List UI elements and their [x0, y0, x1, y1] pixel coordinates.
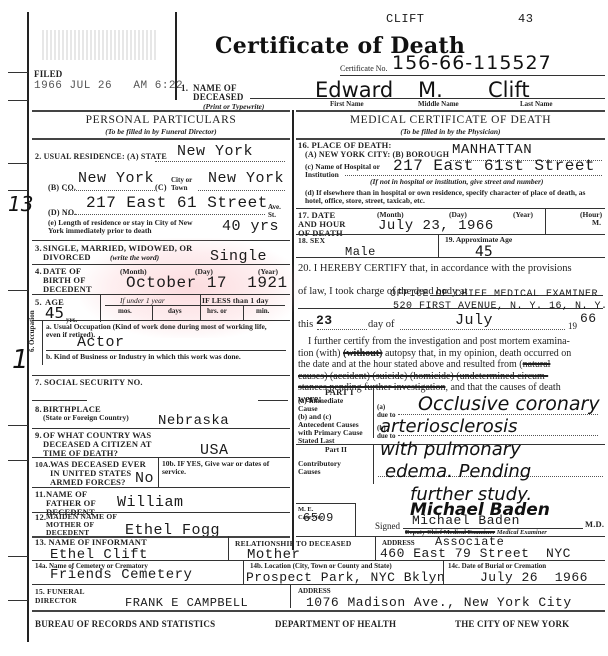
main-top-border-right	[296, 110, 605, 112]
business-label: b. Kind of Business or Industry in which…	[46, 353, 241, 361]
hospital-label: (c) Name of Hospital or Institution	[305, 163, 380, 179]
divider	[32, 294, 290, 295]
struck-without: (without)	[343, 348, 382, 359]
last-name: Clift	[488, 78, 530, 102]
length-value: 40 yrs	[222, 218, 279, 235]
divider	[152, 305, 153, 320]
struck-causes: causes) (accident) (suicide) (homicide) …	[298, 371, 605, 383]
hospital-value: 217 East 61st Street	[393, 157, 595, 175]
dob-num: 4.	[35, 267, 42, 276]
further-line-3: the date and at the hour stated above an…	[298, 359, 605, 371]
year-prefix: 19	[568, 320, 577, 333]
further-line-2: tion (with) (without) autopsy that, in m…	[298, 348, 605, 360]
further-line-1: I further certify from the investigation…	[298, 336, 605, 348]
death-certificate: 13 1 FILED 1966 JUL 26 AM 6:22 CLIFT 43 …	[0, 0, 608, 656]
margin-tick	[8, 460, 28, 461]
county-value: New York	[78, 170, 154, 187]
funeral-label: 15. FUNERAL DIRECTOR	[35, 587, 90, 605]
margin-tick	[8, 163, 28, 164]
struck-pending: stances pending further investigation	[298, 382, 445, 393]
main-top-border	[32, 110, 290, 112]
year-suffix: 66	[580, 311, 597, 326]
divider	[105, 305, 285, 306]
dod-value: July 23, 1966	[378, 218, 494, 234]
funeral-address-label: ADDRESS	[298, 587, 331, 595]
elsewhere-label: (d) If elsewhere than in hospital or own…	[305, 189, 603, 205]
part2-label: Part II	[325, 446, 347, 454]
cause-line-2: arteriosclerosis	[380, 416, 518, 437]
header-divider	[175, 12, 177, 100]
middle-name-label: Middle Name	[418, 100, 459, 108]
age-num: 5.	[35, 298, 42, 307]
page-number: 43	[518, 12, 533, 26]
ssn-label: 7. SOCIAL SECURITY NO.	[35, 378, 143, 387]
margin-tick	[8, 600, 28, 601]
day-of-label: day of	[368, 318, 395, 331]
footer-right: THE CITY OF NEW YORK	[455, 620, 569, 629]
less-day-label: IF LESS than 1 day	[202, 296, 269, 305]
antecedent-label: (b) and (c) Antecedent Causes with Prima…	[298, 413, 368, 445]
citizen-label: OF WHAT COUNTRY WAS DECEASED A CITIZEN A…	[43, 431, 168, 458]
informant-label: 13. NAME OF INFORMANT	[35, 538, 147, 547]
divider	[42, 320, 43, 365]
me-case-value: 6509	[303, 511, 334, 525]
father-value: William	[117, 494, 184, 511]
street-line	[65, 214, 265, 215]
min-label: min.	[256, 307, 269, 315]
cause-line-3: with pulmonary	[380, 439, 521, 460]
divider	[32, 584, 605, 585]
personal-heading: PERSONAL PARTICULARS	[32, 114, 290, 126]
father-num: 11.	[35, 490, 46, 499]
citizen-num: 9.	[35, 431, 42, 440]
divider	[32, 560, 605, 561]
divider	[373, 444, 374, 484]
signed-name: Michael Baden	[412, 513, 520, 528]
body-location-1: OFFICE OF CHIEF MEDICAL EXAMINER	[390, 289, 598, 300]
personal-subheading: (To be filled in by Funeral Director)	[32, 127, 290, 136]
this-label: this	[298, 318, 313, 331]
certificate-no: 156-66-115527	[392, 52, 552, 74]
margin-tick	[8, 425, 28, 426]
cause-line-4: edema. Pending	[385, 461, 531, 482]
margin-annotation: 13	[8, 192, 33, 216]
divider	[296, 208, 605, 209]
divider	[355, 503, 356, 536]
medical-heading: MEDICAL CERTIFICATE OF DEATH	[296, 114, 605, 126]
divider	[200, 294, 201, 320]
divider	[373, 388, 374, 438]
county-line	[65, 190, 155, 191]
cemetery-value: Friends Cemetery	[50, 567, 192, 583]
divider	[545, 208, 546, 234]
hospital-line	[345, 175, 602, 176]
struck-natural: natural	[523, 359, 551, 370]
divider	[32, 487, 290, 488]
filed-stamp: 1966 JUL 26 AM 6:22	[34, 80, 183, 92]
day-value: 23	[316, 313, 333, 328]
war-label: 10b. IF YES, Give war or dates of servic…	[162, 460, 287, 476]
hrs-label: hrs. or	[207, 307, 227, 315]
armed-num: 10a.	[35, 460, 51, 469]
burial-date-label: 14c. Date of Burial or Cremation	[448, 562, 546, 570]
location-value: Prospect Park, NYC Bklyn	[246, 570, 445, 585]
cause-line-1: Occlusive coronary	[418, 393, 600, 415]
sex-label: 18. SEX	[298, 236, 325, 245]
body-location-2: 520 FIRST AVENUE, N. Y. 16, N. Y.	[393, 301, 608, 312]
month-value: July	[455, 312, 493, 329]
margin-tick	[8, 190, 28, 191]
divider	[443, 560, 444, 584]
medical-subheading: (To be filled in by the Physician)	[296, 127, 605, 136]
birthplace-num: 8.	[35, 405, 42, 414]
margin-annotation: 1	[12, 345, 29, 375]
first-name-label: First Name	[330, 100, 364, 108]
occupation-side-label: 6. Occupation	[28, 310, 36, 352]
funeral-director-value: FRANK E CAMPBELL	[125, 596, 248, 610]
dob-value: October 17 1921	[126, 274, 288, 292]
state-line	[155, 161, 285, 162]
further-resulted: the date and at the hour stated above an…	[298, 359, 523, 370]
place-label: 16. PLACE OF DEATH:	[298, 141, 392, 150]
dod-year-label: (Year)	[513, 211, 533, 219]
divider	[32, 610, 605, 612]
days-label: days	[168, 307, 182, 315]
marital-hint: (write the word)	[110, 253, 159, 262]
divider	[32, 457, 290, 458]
city-label-c: (c)	[155, 183, 167, 192]
divider	[158, 457, 159, 487]
burial-date-value: July 26 1966	[480, 570, 588, 585]
divider	[32, 400, 87, 401]
last-name-label: Last Name	[520, 100, 552, 108]
dod-hour-unit: M.	[592, 219, 601, 227]
divider	[32, 428, 290, 429]
divider	[32, 320, 290, 321]
divider	[32, 375, 290, 376]
footer-left: BUREAU OF RECORDS AND STATISTICS	[35, 620, 215, 629]
mother-label: MAIDEN NAME OF MOTHER OF DECEDENT	[46, 513, 121, 537]
name-label: NAME OF DECEASED	[193, 84, 253, 102]
file-label: CLIFT	[386, 12, 425, 26]
city-value: New York	[208, 170, 284, 187]
middle-name: M.	[418, 78, 443, 102]
margin-tick	[8, 290, 28, 291]
divider	[243, 560, 244, 584]
certify-text: 20. I HEREBY CERTIFY that, in accordance…	[298, 262, 572, 275]
divider	[32, 264, 290, 265]
mother-num: 12.	[35, 513, 46, 522]
divider	[258, 400, 288, 401]
divider	[290, 584, 291, 608]
stamp-smudge	[42, 30, 157, 60]
divider	[228, 536, 229, 560]
under-year-label: If under 1 year	[120, 296, 165, 305]
certificate-no-label: Certificate No.	[340, 65, 388, 73]
margin-tick	[8, 72, 28, 73]
footer-center: DEPARTMENT OF HEALTH	[275, 620, 396, 629]
borough-value: MANHATTAN	[452, 142, 532, 158]
birthplace-value: Nebraska	[158, 413, 229, 429]
contributory-label: Contributory Causes	[298, 460, 358, 476]
day-line	[317, 329, 367, 330]
hospital-hint: (If not in hospital or institution, give…	[370, 177, 543, 186]
margin-tick	[8, 100, 28, 101]
street-value: 217 East 61 Street	[86, 194, 268, 212]
further-with: tion (with)	[298, 348, 341, 359]
address-line2: 460 East 79 Street NYC	[380, 546, 571, 561]
occupation-value: Actor	[77, 334, 125, 351]
md-label: M.D.	[585, 520, 604, 529]
name-label-num: 1.	[181, 84, 188, 93]
certificate-no-field: Certificate No. 156-66-115527	[340, 56, 605, 76]
further-causes-of-death: , and that the causes of death	[445, 382, 560, 393]
city-label: City or Town	[171, 176, 195, 192]
mos-label: mos.	[118, 307, 132, 315]
first-name: Edward	[315, 78, 393, 102]
location-label: 14b. Location (City, Town or County and …	[250, 562, 392, 570]
birthplace-hint: (State or Foreign Country)	[43, 414, 129, 422]
margin-tick	[8, 556, 28, 557]
street-label: (d) No.	[48, 208, 77, 217]
divider	[296, 257, 605, 258]
further-autopsy: autopsy that, in my opinion, death occur…	[385, 348, 571, 359]
divider	[100, 294, 101, 322]
divider	[296, 503, 356, 504]
ave-label: Ave. St.	[268, 203, 288, 219]
filed-label: FILED	[34, 70, 63, 79]
armed-value: No	[135, 470, 154, 487]
marital-num: 3.	[35, 244, 42, 253]
state-value: New York	[177, 143, 253, 160]
divider	[243, 305, 244, 320]
divider	[32, 138, 290, 140]
divider	[375, 536, 376, 560]
length-label: (e) Length of residence or stay in City …	[48, 219, 198, 235]
dob-label: DATE OF BIRTH OF DECEDENT	[43, 267, 103, 294]
city-line	[198, 190, 285, 191]
residence-label: 2. USUAL RESIDENCE: (a) State	[35, 152, 167, 161]
divider	[438, 234, 439, 257]
month-line	[400, 329, 565, 330]
signed-label: Signed	[375, 520, 400, 533]
certify-lead: 20. I HEREBY CERTIFY that, in accordance…	[298, 263, 572, 274]
approx-age-label: 19. Approximate Age	[445, 236, 512, 244]
funeral-address-value: 1076 Madison Ave., New York City	[306, 595, 572, 610]
divider	[46, 350, 286, 351]
immediate-label: (a) Immediate Cause	[298, 397, 348, 413]
marital-value: Single	[210, 248, 267, 265]
